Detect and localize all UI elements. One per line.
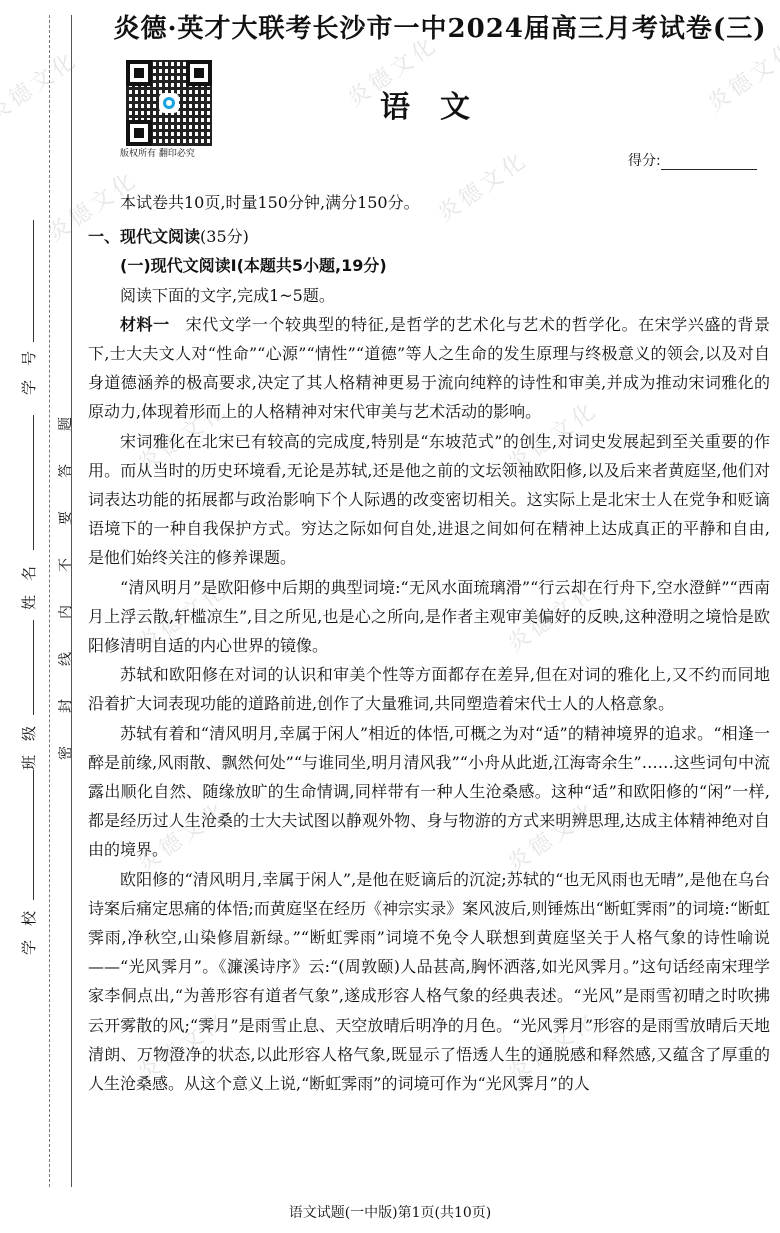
seal-dashed-line: [49, 15, 50, 1187]
student-id-field-line: [33, 220, 34, 342]
watermark: 炎德文化: [701, 33, 780, 118]
paragraph-text: 宋代文学一个较典型的特征,是哲学的艺术化与艺术的哲学化。在宋学兴盛的背景下,士大…: [88, 315, 770, 422]
material-paragraph: 苏轼和欧阳修在对词的认识和审美个性等方面都存在差异,但在对词的雅化上,又不约而同…: [88, 660, 770, 718]
section-heading: 一、现代文阅读(35分): [88, 222, 770, 251]
material-label: 材料一: [120, 315, 170, 334]
name-field-line: [33, 415, 34, 550]
subsection-heading: (一)现代文阅读Ⅰ(本题共5小题,19分): [88, 251, 770, 280]
score-field: 得分:: [628, 150, 757, 170]
reading-instruction: 阅读下面的文字,完成1~5题。: [88, 281, 770, 310]
material-paragraph: 欧阳修的“清风明月,幸属于闲人”,是他在贬谪后的沉淀;苏轼的“也无风雨也无晴”,…: [88, 865, 770, 1099]
material-paragraph: 宋词雅化在北宋已有较高的完成度,特别是“东坡范式”的创生,对词史发展起到至关重要…: [88, 427, 770, 573]
qr-logo-icon: [159, 93, 179, 113]
material-paragraph: 材料一宋代文学一个较典型的特征,是哲学的艺术化与艺术的哲学化。在宋学兴盛的背景下…: [88, 310, 770, 427]
exam-content: 本试卷共10页,时量150分钟,满分150分。 一、现代文阅读(35分) (一)…: [88, 188, 770, 1098]
material-paragraph: 苏轼有着和“清风明月,幸属于闲人”相近的体悟,可概之为对“适”的精神境界的追求。…: [88, 719, 770, 865]
subject-title: 语文: [380, 82, 500, 126]
exam-intro: 本试卷共10页,时量150分钟,满分150分。: [88, 188, 770, 217]
page-footer: 语文试题(一中版)第1页(共10页): [0, 1202, 780, 1222]
class-label: 班级: [18, 712, 39, 770]
section-title: 一、现代文阅读: [88, 227, 200, 246]
score-label: 得分:: [628, 153, 661, 169]
school-label: 学校: [18, 897, 39, 955]
seal-warning-text: 密封线内不要答题: [55, 384, 75, 760]
exam-title: 炎德·英才大联考长沙市一中2024届高三月考试卷(三): [100, 8, 780, 45]
class-field-line: [33, 620, 34, 715]
qr-code-icon: [124, 58, 214, 148]
copyright-notice: 版权所有 翻印必究: [120, 146, 195, 159]
score-blank: [661, 155, 757, 170]
name-label: 姓名: [18, 552, 39, 610]
student-id-label: 学号: [18, 337, 39, 395]
school-field-line: [33, 770, 34, 900]
material-paragraph: “清风明月”是欧阳修中后期的典型词境:“无风水面琉璃滑”“行云却在行舟下,空水澄…: [88, 573, 770, 661]
section-points: (35分): [200, 227, 249, 246]
